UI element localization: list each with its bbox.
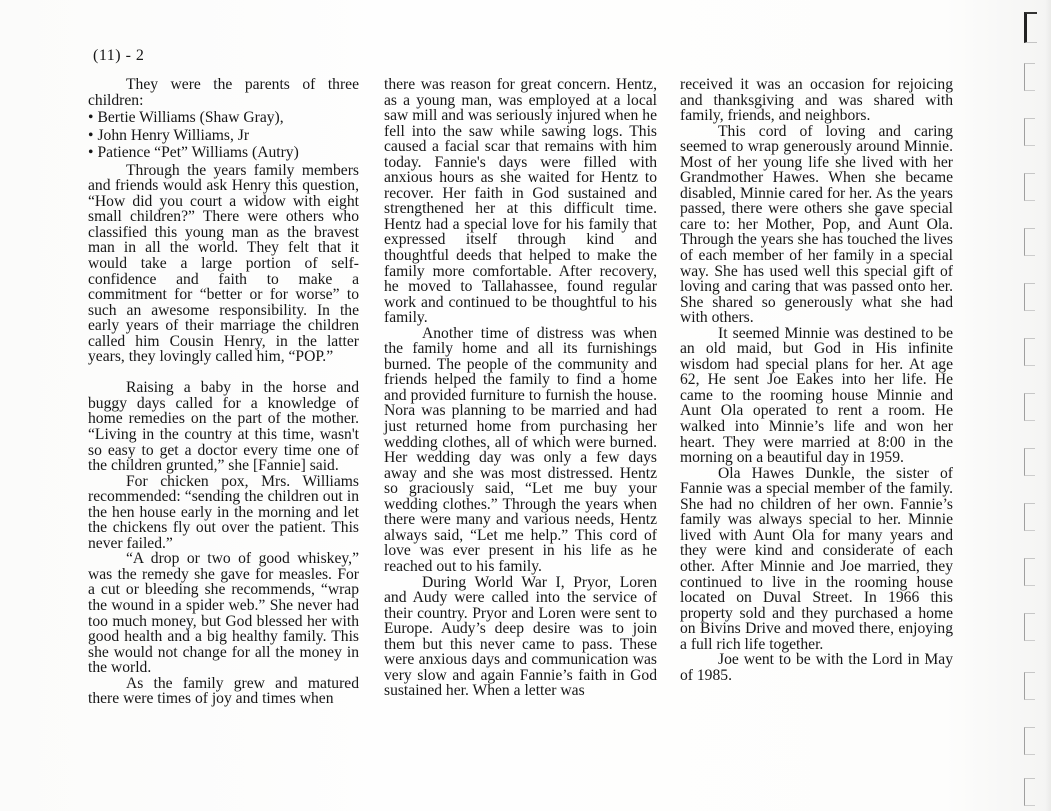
paragraph: “A drop or two of good whiskey,” was the… bbox=[88, 551, 359, 675]
paragraph: They were the parents of three children: bbox=[88, 77, 359, 108]
text-column-1: They were the parents of three children:… bbox=[88, 77, 359, 707]
binder-ring-icon bbox=[1024, 393, 1035, 421]
binder-ring-icon bbox=[1024, 338, 1035, 366]
binder-ring-icon bbox=[1024, 448, 1035, 476]
page-edge-shadow bbox=[1045, 0, 1051, 811]
paragraph: For chicken pox, Mrs. Williams recommend… bbox=[88, 474, 359, 552]
page-number: (11) - 2 bbox=[93, 47, 144, 65]
scanned-page: (11) - 2 They were the parents of three … bbox=[0, 0, 1051, 811]
children-list: Bertie Williams (Shaw Gray), John Henry … bbox=[88, 110, 359, 161]
binder-ring-icon bbox=[1024, 503, 1035, 531]
binder-ring-icon bbox=[1024, 672, 1035, 700]
paragraph: As the family grew and matured there wer… bbox=[88, 676, 359, 707]
paragraph: there was reason for great concern. Hent… bbox=[384, 77, 657, 326]
paragraph: It seemed Minnie was destined to be an o… bbox=[680, 326, 953, 466]
binder-ring-icon bbox=[1024, 727, 1035, 755]
list-item: Patience “Pet” Williams (Autry) bbox=[88, 145, 359, 161]
binder-ring-icon bbox=[1024, 173, 1035, 201]
paragraph: received it was an occasion for rejoicin… bbox=[680, 77, 953, 124]
binder-ring-icon bbox=[1024, 778, 1035, 806]
binder-ring-icon bbox=[1024, 613, 1035, 641]
binder-ring-icon bbox=[1024, 283, 1035, 311]
binder-ring-icon bbox=[1024, 63, 1035, 91]
binder-ring-icon bbox=[1024, 558, 1035, 586]
paragraph: Another time of distress was when the fa… bbox=[384, 326, 657, 575]
binder-ring-icon bbox=[1024, 228, 1035, 256]
list-item: Bertie Williams (Shaw Gray), bbox=[88, 110, 359, 126]
paragraph: Ola Hawes Dunkle, the sister of Fannie w… bbox=[680, 466, 953, 653]
text-column-3: received it was an occasion for rejoicin… bbox=[680, 77, 953, 683]
paragraph: During World War I, Pryor, Loren and Aud… bbox=[384, 575, 657, 699]
binder-ring-icon bbox=[1024, 118, 1035, 146]
paragraph: Through the years family members and fri… bbox=[88, 163, 359, 365]
text-column-2: there was reason for great concern. Hent… bbox=[384, 77, 657, 699]
binder-ring-marks bbox=[991, 0, 1051, 811]
paragraph: Joe went to be with the Lord in May of 1… bbox=[680, 652, 953, 683]
list-item: John Henry Williams, Jr bbox=[88, 128, 359, 144]
paragraph: This cord of loving and caring seemed to… bbox=[680, 124, 953, 326]
binder-ring-icon bbox=[1024, 12, 1037, 43]
paragraph: Raising a baby in the horse and buggy da… bbox=[88, 380, 359, 473]
